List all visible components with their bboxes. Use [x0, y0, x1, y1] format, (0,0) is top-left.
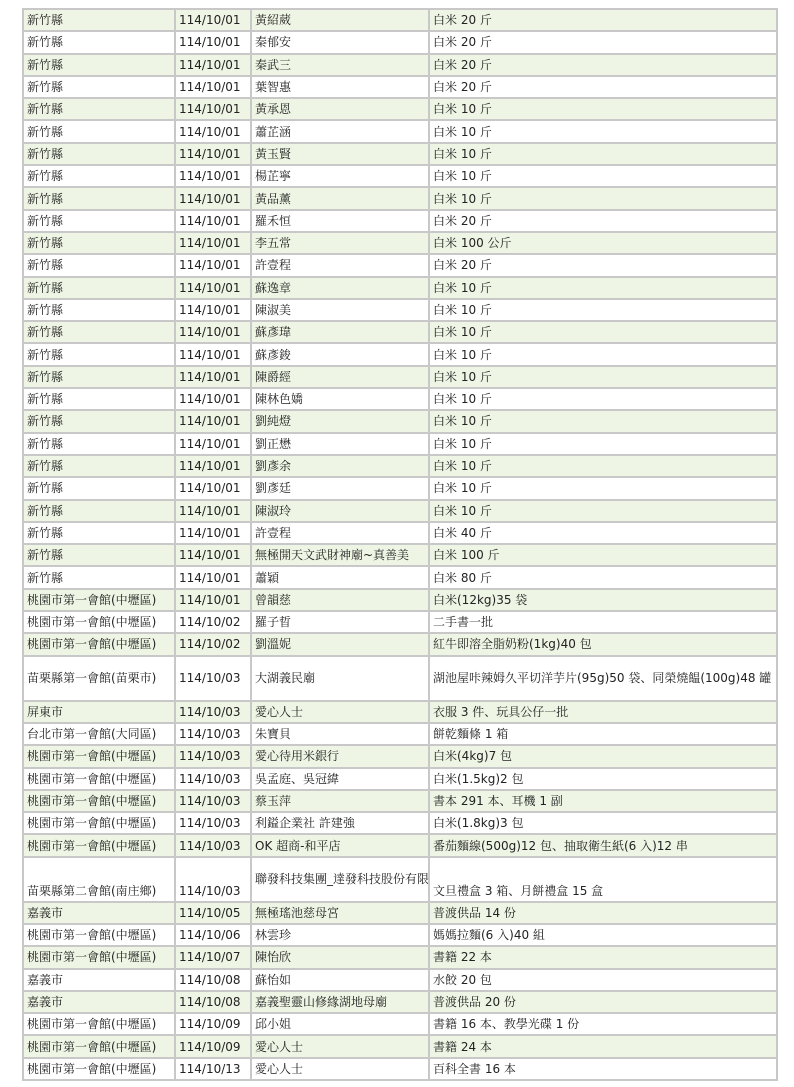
item-cell: 白米 80 斤 [430, 567, 776, 589]
table-row: 嘉義市114/10/05無極瑤池慈母宮普渡供品 14 份 [24, 903, 776, 925]
donor-cell: 陳淑美 [252, 300, 430, 322]
donor-cell: 陳怡欣 [252, 947, 430, 969]
item-cell: 衣服 3 件、玩具公仔一批 [430, 702, 776, 724]
location-cell: 桃園市第一會館(中壢區) [24, 1059, 176, 1079]
date-cell: 114/10/03 [176, 791, 252, 813]
date-cell: 114/10/13 [176, 1059, 252, 1079]
item-cell: 白米 10 斤 [430, 322, 776, 344]
location-cell: 桃園市第一會館(中壢區) [24, 835, 176, 857]
location-cell: 桃園市第一會館(中壢區) [24, 612, 176, 634]
table-row: 新竹縣114/10/01無極開天文武財神廟~真善美白米 100 斤 [24, 545, 776, 567]
donor-cell: 聯發科技集團_達發科技股份有限公司 [252, 858, 430, 903]
location-cell: 嘉義市 [24, 903, 176, 925]
donor-cell: 羅子晢 [252, 612, 430, 634]
date-cell: 114/10/08 [176, 992, 252, 1014]
table-row: 新竹縣114/10/01許壹程白米 40 斤 [24, 523, 776, 545]
location-cell: 嘉義市 [24, 992, 176, 1014]
item-cell: 白米 10 斤 [430, 278, 776, 300]
table-row: 新竹縣114/10/01劉彥余白米 10 斤 [24, 456, 776, 478]
donor-cell: 劉彥廷 [252, 478, 430, 500]
date-cell: 114/10/01 [176, 567, 252, 589]
location-cell: 新竹縣 [24, 545, 176, 567]
donor-cell: 黃玉賢 [252, 144, 430, 166]
donor-cell: 吳孟庭、吳冠緯 [252, 769, 430, 791]
date-cell: 114/10/01 [176, 211, 252, 233]
date-cell: 114/10/03 [176, 858, 252, 903]
location-cell: 新竹縣 [24, 456, 176, 478]
table-row: 嘉義市114/10/08蘇怡如水餃 20 包 [24, 970, 776, 992]
item-cell: 白米 10 斤 [430, 166, 776, 188]
table-row: 新竹縣114/10/01陳爵經白米 10 斤 [24, 367, 776, 389]
location-cell: 新竹縣 [24, 144, 176, 166]
donor-cell: 愛心人士 [252, 702, 430, 724]
item-cell: 書籍 22 本 [430, 947, 776, 969]
donor-cell: 許壹程 [252, 255, 430, 277]
table-row: 新竹縣114/10/01黃紹葳白米 20 斤 [24, 10, 776, 32]
location-cell: 新竹縣 [24, 523, 176, 545]
donor-cell: 蘇怡如 [252, 970, 430, 992]
table-row: 新竹縣114/10/01劉純燈白米 10 斤 [24, 411, 776, 433]
table-row: 桃園市第一會館(中壢區)114/10/09邱小姐書籍 16 本、教學光碟 1 份 [24, 1014, 776, 1036]
date-cell: 114/10/06 [176, 925, 252, 947]
item-cell: 水餃 20 包 [430, 970, 776, 992]
donor-cell: 陳爵經 [252, 367, 430, 389]
item-cell: 白米(12kg)35 袋 [430, 590, 776, 612]
table-row: 新竹縣114/10/01陳林色嬌白米 10 斤 [24, 389, 776, 411]
date-cell: 114/10/03 [176, 746, 252, 768]
table-row: 桃園市第一會館(中壢區)114/10/01曾韻慈白米(12kg)35 袋 [24, 590, 776, 612]
item-cell: 白米 10 斤 [430, 344, 776, 366]
location-cell: 桃園市第一會館(中壢區) [24, 925, 176, 947]
date-cell: 114/10/01 [176, 233, 252, 255]
location-cell: 新竹縣 [24, 501, 176, 523]
date-cell: 114/10/01 [176, 389, 252, 411]
location-cell: 新竹縣 [24, 77, 176, 99]
item-cell: 白米 20 斤 [430, 255, 776, 277]
date-cell: 114/10/01 [176, 121, 252, 143]
donor-cell: 曾韻慈 [252, 590, 430, 612]
date-cell: 114/10/03 [176, 702, 252, 724]
table-row: 苗栗縣第二會館(南庄鄉)114/10/03聯發科技集團_達發科技股份有限公司文旦… [24, 858, 776, 903]
location-cell: 嘉義市 [24, 970, 176, 992]
table-row: 新竹縣114/10/01秦武三白米 20 斤 [24, 55, 776, 77]
donor-cell: 劉正懋 [252, 434, 430, 456]
item-cell: 白米 10 斤 [430, 478, 776, 500]
donor-cell: 羅禾恒 [252, 211, 430, 233]
table-body: 新竹縣114/10/01黃紹葳白米 20 斤新竹縣114/10/01秦郁安白米 … [24, 10, 776, 1079]
donor-cell: 陳淑玲 [252, 501, 430, 523]
donor-cell: 秦武三 [252, 55, 430, 77]
date-cell: 114/10/01 [176, 590, 252, 612]
table-row: 新竹縣114/10/01陳淑玲白米 10 斤 [24, 501, 776, 523]
donation-table-container: 新竹縣114/10/01黃紹葳白米 20 斤新竹縣114/10/01秦郁安白米 … [22, 8, 778, 1081]
donor-cell: 愛心待用米銀行 [252, 746, 430, 768]
date-cell: 114/10/01 [176, 55, 252, 77]
date-cell: 114/10/09 [176, 1014, 252, 1036]
donor-cell: 嘉義聖靈山修緣湖地母廟 [252, 992, 430, 1014]
item-cell: 普渡供品 14 份 [430, 903, 776, 925]
location-cell: 桃園市第一會館(中壢區) [24, 769, 176, 791]
location-cell: 新竹縣 [24, 255, 176, 277]
donor-cell: 蘇彥瑋 [252, 322, 430, 344]
date-cell: 114/10/01 [176, 478, 252, 500]
table-row: 新竹縣114/10/01蘇彥瑋白米 10 斤 [24, 322, 776, 344]
item-cell: 白米 10 斤 [430, 456, 776, 478]
table-row: 桃園市第一會館(中壢區)114/10/03利鎰企業社 許建強白米(1.8kg)3… [24, 813, 776, 835]
donor-cell: 林雲珍 [252, 925, 430, 947]
donor-cell: 楊芷寧 [252, 166, 430, 188]
donor-cell: 李五常 [252, 233, 430, 255]
table-row: 桃園市第一會館(中壢區)114/10/13愛心人士百科全書 16 本 [24, 1059, 776, 1079]
table-row: 新竹縣114/10/01楊芷寧白米 10 斤 [24, 166, 776, 188]
table-row: 台北市第一會館(大同區)114/10/03朱寶貝餅乾麵條 1 箱 [24, 724, 776, 746]
location-cell: 苗栗縣第一會館(苗栗市) [24, 657, 176, 702]
table-row: 新竹縣114/10/01黃承恩白米 10 斤 [24, 99, 776, 121]
donor-cell: 蘇彥鋑 [252, 344, 430, 366]
date-cell: 114/10/01 [176, 411, 252, 433]
donor-cell: 黃承恩 [252, 99, 430, 121]
table-row: 新竹縣114/10/01羅禾恒白米 20 斤 [24, 211, 776, 233]
item-cell: 白米 100 斤 [430, 545, 776, 567]
item-cell: 白米 20 斤 [430, 211, 776, 233]
date-cell: 114/10/01 [176, 188, 252, 210]
table-row: 屏東市114/10/03愛心人士衣服 3 件、玩具公仔一批 [24, 702, 776, 724]
donor-cell: 蕭芷涵 [252, 121, 430, 143]
date-cell: 114/10/02 [176, 634, 252, 656]
date-cell: 114/10/01 [176, 255, 252, 277]
location-cell: 桃園市第一會館(中壢區) [24, 590, 176, 612]
location-cell: 桃園市第一會館(中壢區) [24, 813, 176, 835]
item-cell: 白米(4kg)7 包 [430, 746, 776, 768]
donor-cell: 劉彥余 [252, 456, 430, 478]
item-cell: 番茄麵線(500g)12 包、抽取衛生紙(6 入)12 串 [430, 835, 776, 857]
location-cell: 新竹縣 [24, 322, 176, 344]
table-row: 新竹縣114/10/01黃玉賢白米 10 斤 [24, 144, 776, 166]
item-cell: 紅牛即溶全脂奶粉(1kg)40 包 [430, 634, 776, 656]
table-row: 桃園市第一會館(中壢區)114/10/02劉溫妮紅牛即溶全脂奶粉(1kg)40 … [24, 634, 776, 656]
item-cell: 普渡供品 20 份 [430, 992, 776, 1014]
item-cell: 白米 10 斤 [430, 121, 776, 143]
date-cell: 114/10/01 [176, 77, 252, 99]
date-cell: 114/10/01 [176, 144, 252, 166]
location-cell: 新竹縣 [24, 211, 176, 233]
date-cell: 114/10/01 [176, 367, 252, 389]
table-row: 嘉義市114/10/08嘉義聖靈山修緣湖地母廟普渡供品 20 份 [24, 992, 776, 1014]
date-cell: 114/10/01 [176, 278, 252, 300]
donor-cell: 秦郁安 [252, 32, 430, 54]
donor-cell: 蘇逸章 [252, 278, 430, 300]
item-cell: 白米 10 斤 [430, 99, 776, 121]
location-cell: 新竹縣 [24, 188, 176, 210]
table-row: 桃園市第一會館(中壢區)114/10/02羅子晢二手書一批 [24, 612, 776, 634]
item-cell: 書籍 16 本、教學光碟 1 份 [430, 1014, 776, 1036]
table-row: 新竹縣114/10/01葉智惠白米 20 斤 [24, 77, 776, 99]
donor-cell: 愛心人士 [252, 1059, 430, 1079]
location-cell: 新竹縣 [24, 478, 176, 500]
item-cell: 白米 40 斤 [430, 523, 776, 545]
item-cell: 媽媽拉麵(6 入)40 組 [430, 925, 776, 947]
donor-cell: 劉純燈 [252, 411, 430, 433]
item-cell: 書本 291 本、耳機 1 副 [430, 791, 776, 813]
table-row: 桃園市第一會館(中壢區)114/10/07陳怡欣書籍 22 本 [24, 947, 776, 969]
location-cell: 桃園市第一會館(中壢區) [24, 746, 176, 768]
location-cell: 新竹縣 [24, 121, 176, 143]
date-cell: 114/10/01 [176, 545, 252, 567]
donor-cell: 大湖義民廟 [252, 657, 430, 702]
item-cell: 白米 10 斤 [430, 411, 776, 433]
date-cell: 114/10/01 [176, 344, 252, 366]
location-cell: 新竹縣 [24, 55, 176, 77]
donor-cell: 蔡玉萍 [252, 791, 430, 813]
table-row: 桃園市第一會館(中壢區)114/10/03愛心待用米銀行白米(4kg)7 包 [24, 746, 776, 768]
date-cell: 114/10/01 [176, 322, 252, 344]
item-cell: 白米 10 斤 [430, 389, 776, 411]
item-cell: 二手書一批 [430, 612, 776, 634]
location-cell: 新竹縣 [24, 434, 176, 456]
date-cell: 114/10/01 [176, 523, 252, 545]
item-cell: 白米(1.5kg)2 包 [430, 769, 776, 791]
donor-cell: 許壹程 [252, 523, 430, 545]
donor-cell: 無極開天文武財神廟~真善美 [252, 545, 430, 567]
table-row: 新竹縣114/10/01蘇逸章白米 10 斤 [24, 278, 776, 300]
table-row: 桃園市第一會館(中壢區)114/10/09愛心人士書籍 24 本 [24, 1036, 776, 1058]
date-cell: 114/10/05 [176, 903, 252, 925]
location-cell: 新竹縣 [24, 367, 176, 389]
date-cell: 114/10/08 [176, 970, 252, 992]
item-cell: 百科全書 16 本 [430, 1059, 776, 1079]
donor-cell: 愛心人士 [252, 1036, 430, 1058]
location-cell: 台北市第一會館(大同區) [24, 724, 176, 746]
date-cell: 114/10/07 [176, 947, 252, 969]
item-cell: 餅乾麵條 1 箱 [430, 724, 776, 746]
donor-cell: OK 超商-和平店 [252, 835, 430, 857]
donor-cell: 陳林色嬌 [252, 389, 430, 411]
date-cell: 114/10/03 [176, 813, 252, 835]
date-cell: 114/10/03 [176, 769, 252, 791]
date-cell: 114/10/01 [176, 10, 252, 32]
table-row: 新竹縣114/10/01李五常白米 100 公斤 [24, 233, 776, 255]
item-cell: 白米 20 斤 [430, 32, 776, 54]
item-cell: 文旦禮盒 3 箱、月餅禮盒 15 盒 [430, 858, 776, 903]
table-row: 新竹縣114/10/01陳淑美白米 10 斤 [24, 300, 776, 322]
donor-cell: 黃品薰 [252, 188, 430, 210]
location-cell: 新竹縣 [24, 389, 176, 411]
item-cell: 白米 20 斤 [430, 55, 776, 77]
date-cell: 114/10/09 [176, 1036, 252, 1058]
location-cell: 新竹縣 [24, 567, 176, 589]
item-cell: 白米 10 斤 [430, 434, 776, 456]
item-cell: 湖池屋咔辣姆久平切洋芋片(95g)50 袋、同榮燒饂(100g)48 罐 [430, 657, 776, 702]
location-cell: 桃園市第一會館(中壢區) [24, 1036, 176, 1058]
item-cell: 白米 10 斤 [430, 300, 776, 322]
donor-cell: 葉智惠 [252, 77, 430, 99]
location-cell: 新竹縣 [24, 411, 176, 433]
location-cell: 桃園市第一會館(中壢區) [24, 1014, 176, 1036]
table-row: 新竹縣114/10/01蘇彥鋑白米 10 斤 [24, 344, 776, 366]
location-cell: 新竹縣 [24, 233, 176, 255]
date-cell: 114/10/03 [176, 724, 252, 746]
location-cell: 新竹縣 [24, 344, 176, 366]
table-row: 苗栗縣第一會館(苗栗市)114/10/03大湖義民廟湖池屋咔辣姆久平切洋芋片(9… [24, 657, 776, 702]
item-cell: 白米 20 斤 [430, 10, 776, 32]
location-cell: 屏東市 [24, 702, 176, 724]
item-cell: 白米 10 斤 [430, 144, 776, 166]
item-cell: 白米 10 斤 [430, 367, 776, 389]
location-cell: 新竹縣 [24, 166, 176, 188]
date-cell: 114/10/03 [176, 657, 252, 702]
date-cell: 114/10/01 [176, 434, 252, 456]
table-row: 新竹縣114/10/01劉正懋白米 10 斤 [24, 434, 776, 456]
location-cell: 新竹縣 [24, 32, 176, 54]
date-cell: 114/10/01 [176, 99, 252, 121]
date-cell: 114/10/01 [176, 32, 252, 54]
date-cell: 114/10/02 [176, 612, 252, 634]
donation-records-table: 新竹縣114/10/01黃紹葳白米 20 斤新竹縣114/10/01秦郁安白米 … [22, 8, 778, 1081]
table-row: 新竹縣114/10/01劉彥廷白米 10 斤 [24, 478, 776, 500]
location-cell: 苗栗縣第二會館(南庄鄉) [24, 858, 176, 903]
date-cell: 114/10/03 [176, 835, 252, 857]
location-cell: 桃園市第一會館(中壢區) [24, 791, 176, 813]
donor-cell: 朱寶貝 [252, 724, 430, 746]
item-cell: 白米 20 斤 [430, 77, 776, 99]
date-cell: 114/10/01 [176, 166, 252, 188]
table-row: 桃園市第一會館(中壢區)114/10/03吳孟庭、吳冠緯白米(1.5kg)2 包 [24, 769, 776, 791]
item-cell: 白米(1.8kg)3 包 [430, 813, 776, 835]
table-row: 桃園市第一會館(中壢區)114/10/03蔡玉萍書本 291 本、耳機 1 副 [24, 791, 776, 813]
date-cell: 114/10/01 [176, 456, 252, 478]
donor-cell: 蕭穎 [252, 567, 430, 589]
donor-cell: 利鎰企業社 許建強 [252, 813, 430, 835]
location-cell: 新竹縣 [24, 300, 176, 322]
donor-cell: 邱小姐 [252, 1014, 430, 1036]
date-cell: 114/10/01 [176, 501, 252, 523]
location-cell: 新竹縣 [24, 10, 176, 32]
table-row: 新竹縣114/10/01許壹程白米 20 斤 [24, 255, 776, 277]
location-cell: 桃園市第一會館(中壢區) [24, 634, 176, 656]
table-row: 桃園市第一會館(中壢區)114/10/06林雲珍媽媽拉麵(6 入)40 組 [24, 925, 776, 947]
table-row: 桃園市第一會館(中壢區)114/10/03OK 超商-和平店番茄麵線(500g)… [24, 835, 776, 857]
table-row: 新竹縣114/10/01蕭芷涵白米 10 斤 [24, 121, 776, 143]
donor-cell: 劉溫妮 [252, 634, 430, 656]
item-cell: 書籍 24 本 [430, 1036, 776, 1058]
table-row: 新竹縣114/10/01秦郁安白米 20 斤 [24, 32, 776, 54]
donor-cell: 黃紹葳 [252, 10, 430, 32]
table-row: 新竹縣114/10/01蕭穎白米 80 斤 [24, 567, 776, 589]
item-cell: 白米 100 公斤 [430, 233, 776, 255]
item-cell: 白米 10 斤 [430, 188, 776, 210]
location-cell: 桃園市第一會館(中壢區) [24, 947, 176, 969]
location-cell: 新竹縣 [24, 99, 176, 121]
item-cell: 白米 10 斤 [430, 501, 776, 523]
location-cell: 新竹縣 [24, 278, 176, 300]
date-cell: 114/10/01 [176, 300, 252, 322]
donor-cell: 無極瑤池慈母宮 [252, 903, 430, 925]
table-row: 新竹縣114/10/01黃品薰白米 10 斤 [24, 188, 776, 210]
